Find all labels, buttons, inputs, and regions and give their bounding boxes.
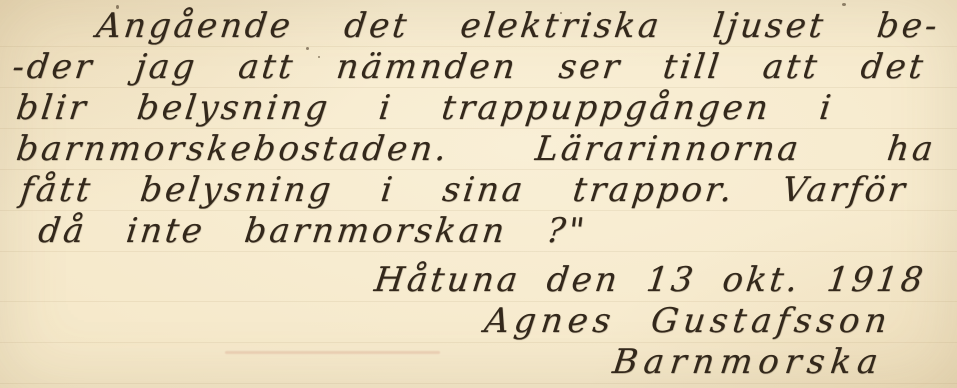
signature-title: Barnmorska	[8, 342, 954, 383]
letter-page: Angåendedetelektriskaljusetbe- -derjagat…	[0, 0, 957, 388]
letter-closing: Håtuna den 13 okt. 1918 Agnes Gustafsson…	[8, 260, 949, 383]
handwritten-line-3: blirbelysningitrappuppgångeni	[8, 88, 954, 129]
signature-name: Agnes Gustafsson	[8, 301, 954, 342]
dateline: Håtuna den 13 okt. 1918	[8, 260, 954, 301]
ruled-line	[0, 383, 957, 384]
handwritten-line-2: -derjagattnämndensertillattdet	[8, 47, 954, 88]
handwritten-line-6: då inte barnmorskan ?"	[8, 211, 954, 252]
handwritten-line-4: barnmorskebostaden.Lärarinnornaha	[8, 129, 954, 170]
handwritten-line-5: fåttbelysningisinatrappor.Varför	[8, 170, 954, 211]
handwritten-line-1: Angåendedetelektriskaljusetbe-	[8, 6, 954, 47]
letter-body: Angåendedetelektriskaljusetbe- -derjagat…	[8, 6, 949, 383]
